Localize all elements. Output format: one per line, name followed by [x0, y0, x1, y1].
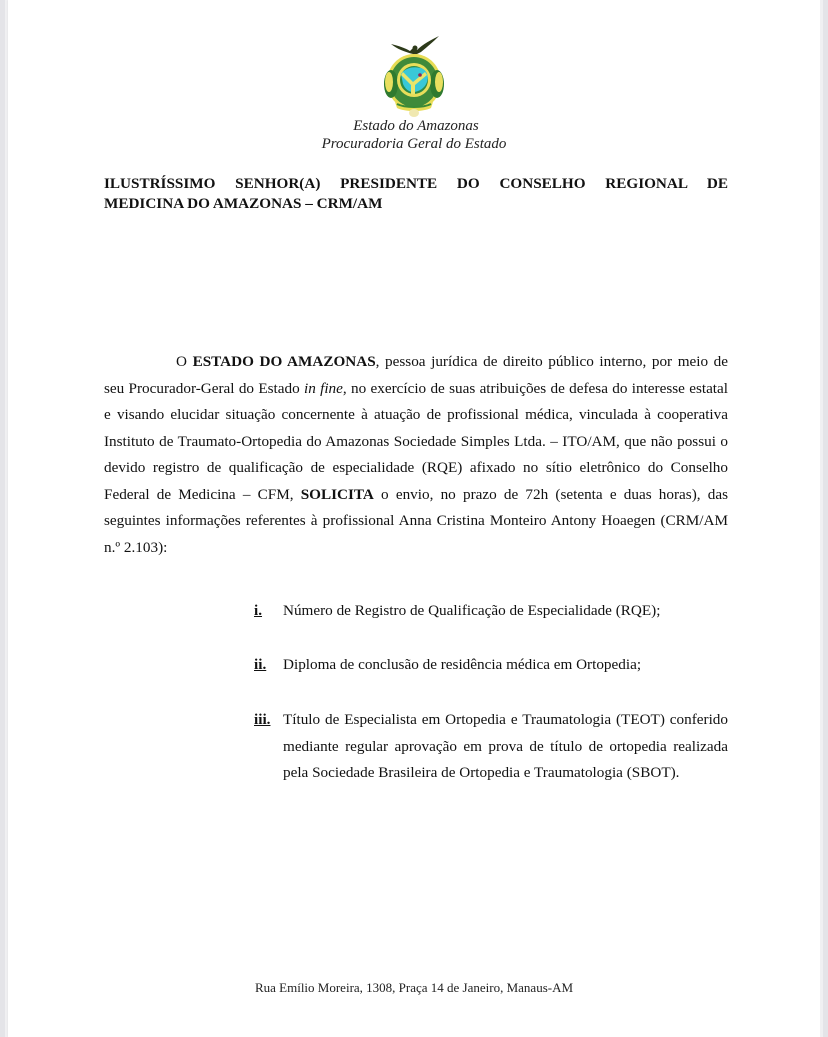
request-paragraph: O ESTADO DO AMAZONAS, pessoa jurídica de…: [104, 349, 728, 561]
entity-name-bold: ESTADO DO AMAZONAS: [193, 353, 376, 370]
viewer-edge-right: [820, 0, 823, 1037]
list-marker: i.: [254, 598, 262, 625]
list-item-text: Título de Especialista em Ortopedia e Tr…: [283, 707, 728, 787]
paragraph-text-3: , no exercício de suas atribuições de de…: [104, 380, 728, 503]
list-item: iii. Título de Especialista em Ortopedia…: [254, 707, 728, 787]
addressee-line-2: MEDICINA DO AMAZONAS – CRM/AM: [104, 194, 728, 214]
addressee-line-1: ILUSTRÍSSIMO SENHOR(A) PRESIDENTE DO CON…: [104, 174, 728, 194]
paragraph-text-1: O: [176, 353, 193, 370]
list-marker: ii.: [254, 652, 266, 679]
letterhead-state-name: Estado do Amazonas: [0, 117, 828, 136]
footer-address: Rua Emílio Moreira, 1308, Praça 14 de Ja…: [0, 980, 828, 996]
list-item-text: Número de Registro de Qualificação de Es…: [283, 598, 728, 625]
list-marker: iii.: [254, 707, 270, 734]
list-item-text: Diploma de conclusão de residência médic…: [283, 652, 728, 679]
list-item: ii. Diploma de conclusão de residência m…: [254, 652, 728, 679]
amazonas-coat-of-arms-icon: [377, 34, 451, 118]
list-item: i. Número de Registro de Qualificação de…: [254, 598, 728, 625]
letterhead-office-name: Procuradoria Geral do Estado: [0, 135, 828, 154]
addressee-heading: ILUSTRÍSSIMO SENHOR(A) PRESIDENTE DO CON…: [104, 174, 728, 214]
request-verb-bold: SOLICITA: [301, 486, 374, 503]
latin-term-italic: in fine: [304, 380, 343, 397]
